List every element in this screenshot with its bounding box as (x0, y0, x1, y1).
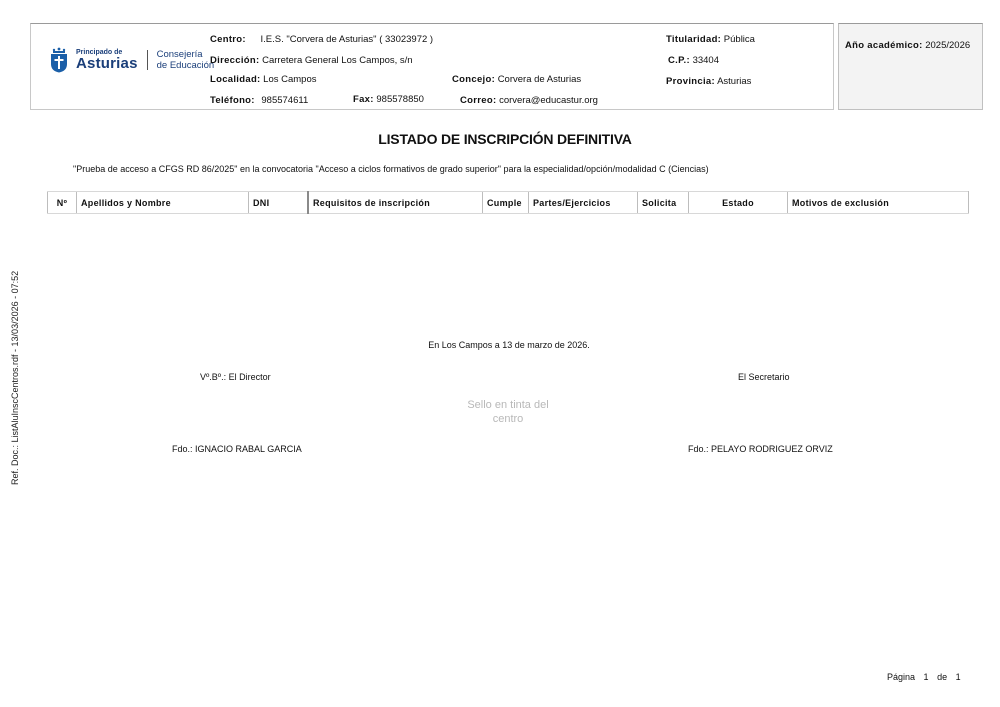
page-indicator: Página 1 de 1 (887, 672, 967, 682)
titularidad-label: Titularidad: (666, 34, 721, 45)
principado-logo: Principado de Asturias Consejería de Edu… (50, 42, 214, 78)
titularidad-value: Pública (724, 34, 755, 45)
logo-line2: Asturias (76, 56, 138, 71)
col-numero: Nº (48, 192, 77, 214)
asturias-shield-icon (50, 47, 68, 73)
page-total: 1 (956, 672, 961, 682)
field-titularidad: Titularidad: Pública (666, 34, 755, 45)
director-title: Vº.Bº.: El Director (200, 372, 271, 382)
page-current: 1 (924, 672, 929, 682)
fax-value: 985578850 (376, 94, 424, 105)
field-localidad: Localidad: Los Campos (210, 74, 317, 85)
col-cumple: Cumple (483, 192, 529, 214)
document-title: LISTADO DE INSCRIPCIÓN DEFINITIVA (0, 131, 1000, 147)
logo-dept-line1: Consejería (157, 49, 215, 60)
anio-label: Año académico: (845, 40, 923, 51)
director-signature: Fdo.: IGNACIO RABAL GARCIA (172, 444, 302, 454)
col-dni: DNI (249, 192, 309, 214)
telefono-value: 985574611 (261, 95, 308, 106)
document-reference: Ref. Doc.: ListAluInscCentros.rdf - 13/0… (10, 271, 20, 485)
direccion-label: Dirección: (210, 55, 259, 66)
table-header-row: Nº Apellidos y Nombre DNI Requisitos de … (48, 192, 969, 214)
field-provincia: Provincia: Asturias (666, 76, 751, 87)
field-anio-academico: Año académico: 2025/2026 (845, 40, 970, 51)
col-estado: Estado (689, 192, 788, 214)
col-partes-ejercicios: Partes/Ejercicios (529, 192, 638, 214)
document-subtitle: "Prueba de acceso a CFGS RD 86/2025" en … (73, 164, 709, 174)
telefono-label: Teléfono: (210, 95, 255, 106)
col-motivos-exclusion: Motivos de exclusión (788, 192, 969, 214)
inscription-table: Nº Apellidos y Nombre DNI Requisitos de … (47, 191, 969, 214)
field-correo: Correo: corvera@educastur.org (460, 95, 598, 106)
cp-value: 33404 (693, 55, 719, 66)
field-concejo: Concejo: Corvera de Asturias (452, 74, 581, 85)
centro-label: Centro: (210, 34, 246, 45)
col-apellidos-nombre: Apellidos y Nombre (77, 192, 249, 214)
concejo-label: Concejo: (452, 74, 495, 85)
field-telefono: Teléfono: 985574611 (210, 95, 308, 106)
secretary-title: El Secretario (738, 372, 790, 382)
correo-label: Correo: (460, 95, 496, 106)
field-direccion: Dirección: Carretera General Los Campos,… (210, 55, 413, 66)
page-of: de (937, 672, 947, 682)
field-fax: Fax: 985578850 (353, 94, 424, 105)
col-solicita: Solicita (638, 192, 689, 214)
concejo-value: Corvera de Asturias (498, 74, 581, 85)
academic-year-box (838, 23, 983, 110)
localidad-label: Localidad: (210, 74, 261, 85)
secretary-signature: Fdo.: PELAYO RODRIGUEZ ORVIZ (688, 444, 833, 454)
col-requisitos: Requisitos de inscripción (308, 192, 483, 214)
field-cp: C.P.: 33404 (668, 55, 719, 66)
field-centro: Centro: I.E.S. "Corvera de Asturias" ( 3… (210, 34, 433, 45)
localidad-value: Los Campos (263, 74, 316, 85)
anio-value: 2025/2026 (925, 40, 970, 51)
cp-label: C.P.: (668, 55, 690, 66)
centro-value: I.E.S. "Corvera de Asturias" ( 33023972 … (261, 34, 434, 45)
seal-line2: centro (458, 412, 558, 426)
logo-dept-line2: de Educación (157, 60, 215, 71)
provincia-value: Asturias (717, 76, 751, 87)
logo-separator (147, 50, 148, 70)
fax-label: Fax: (353, 94, 374, 105)
seal-placeholder: Sello en tinta del centro (458, 398, 558, 426)
date-line: En Los Campos a 13 de marzo de 2026. (0, 340, 1000, 350)
correo-value: corvera@educastur.org (499, 95, 598, 106)
provincia-label: Provincia: (666, 76, 715, 87)
page-label: Página (887, 672, 915, 682)
seal-line1: Sello en tinta del (458, 398, 558, 412)
direccion-value: Carretera General Los Campos, s/n (262, 55, 412, 66)
